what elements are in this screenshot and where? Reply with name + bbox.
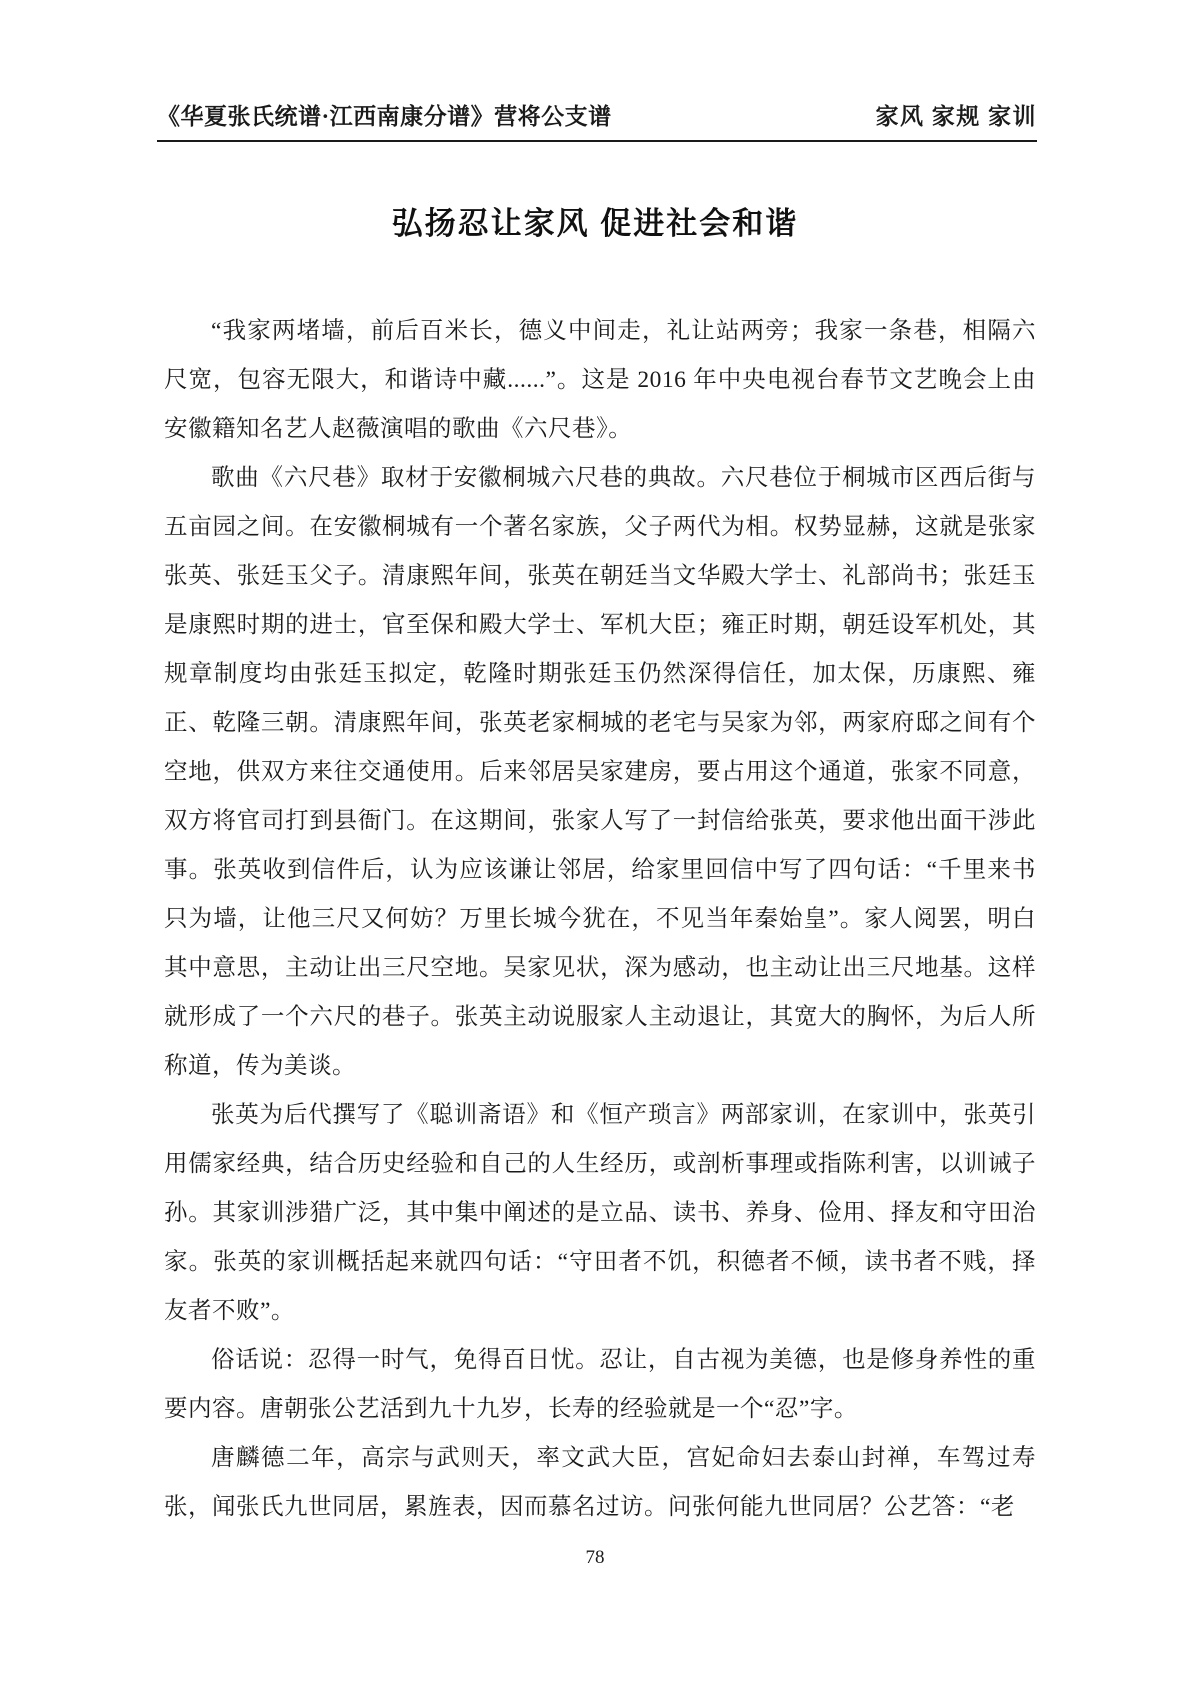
paragraph: “我家两堵墙，前后百米长，德义中间走，礼让站两旁；我家一条巷，相隔六尺宽，包容无… [164, 307, 1036, 454]
paragraph: 唐麟德二年，高宗与武则天，率文武大臣，宫妃命妇去泰山封禅，车驾过寿张，闻张氏九世… [164, 1434, 1036, 1532]
page-title: 弘扬忍让家风 促进社会和谐 [0, 198, 1190, 243]
header-section-label: 家风 家规 家训 [876, 103, 1038, 131]
page-number: 78 [0, 1547, 1190, 1569]
document-page: 《华夏张氏统谱·江西南康分谱》营将公支谱 家风 家规 家训 弘扬忍让家风 促进社… [0, 0, 1190, 1683]
header-book-title: 《华夏张氏统谱·江西南康分谱》营将公支谱 [157, 103, 612, 131]
paragraph: 歌曲《六尺巷》取材于安徽桐城六尺巷的典故。六尺巷位于桐城市区西后街与五亩园之间。… [164, 454, 1036, 1091]
paragraph: 张英为后代撰写了《聪训斋语》和《恒产琐言》两部家训，在家训中，张英引用儒家经典，… [164, 1091, 1036, 1336]
paragraph: 俗话说：忍得一时气，免得百日忧。忍让，自古视为美德，也是修身养性的重要内容。唐朝… [164, 1336, 1036, 1434]
article-body: “我家两堵墙，前后百米长，德义中间走，礼让站两旁；我家一条巷，相隔六尺宽，包容无… [164, 307, 1036, 1532]
running-header: 《华夏张氏统谱·江西南康分谱》营将公支谱 家风 家规 家训 [157, 103, 1037, 142]
